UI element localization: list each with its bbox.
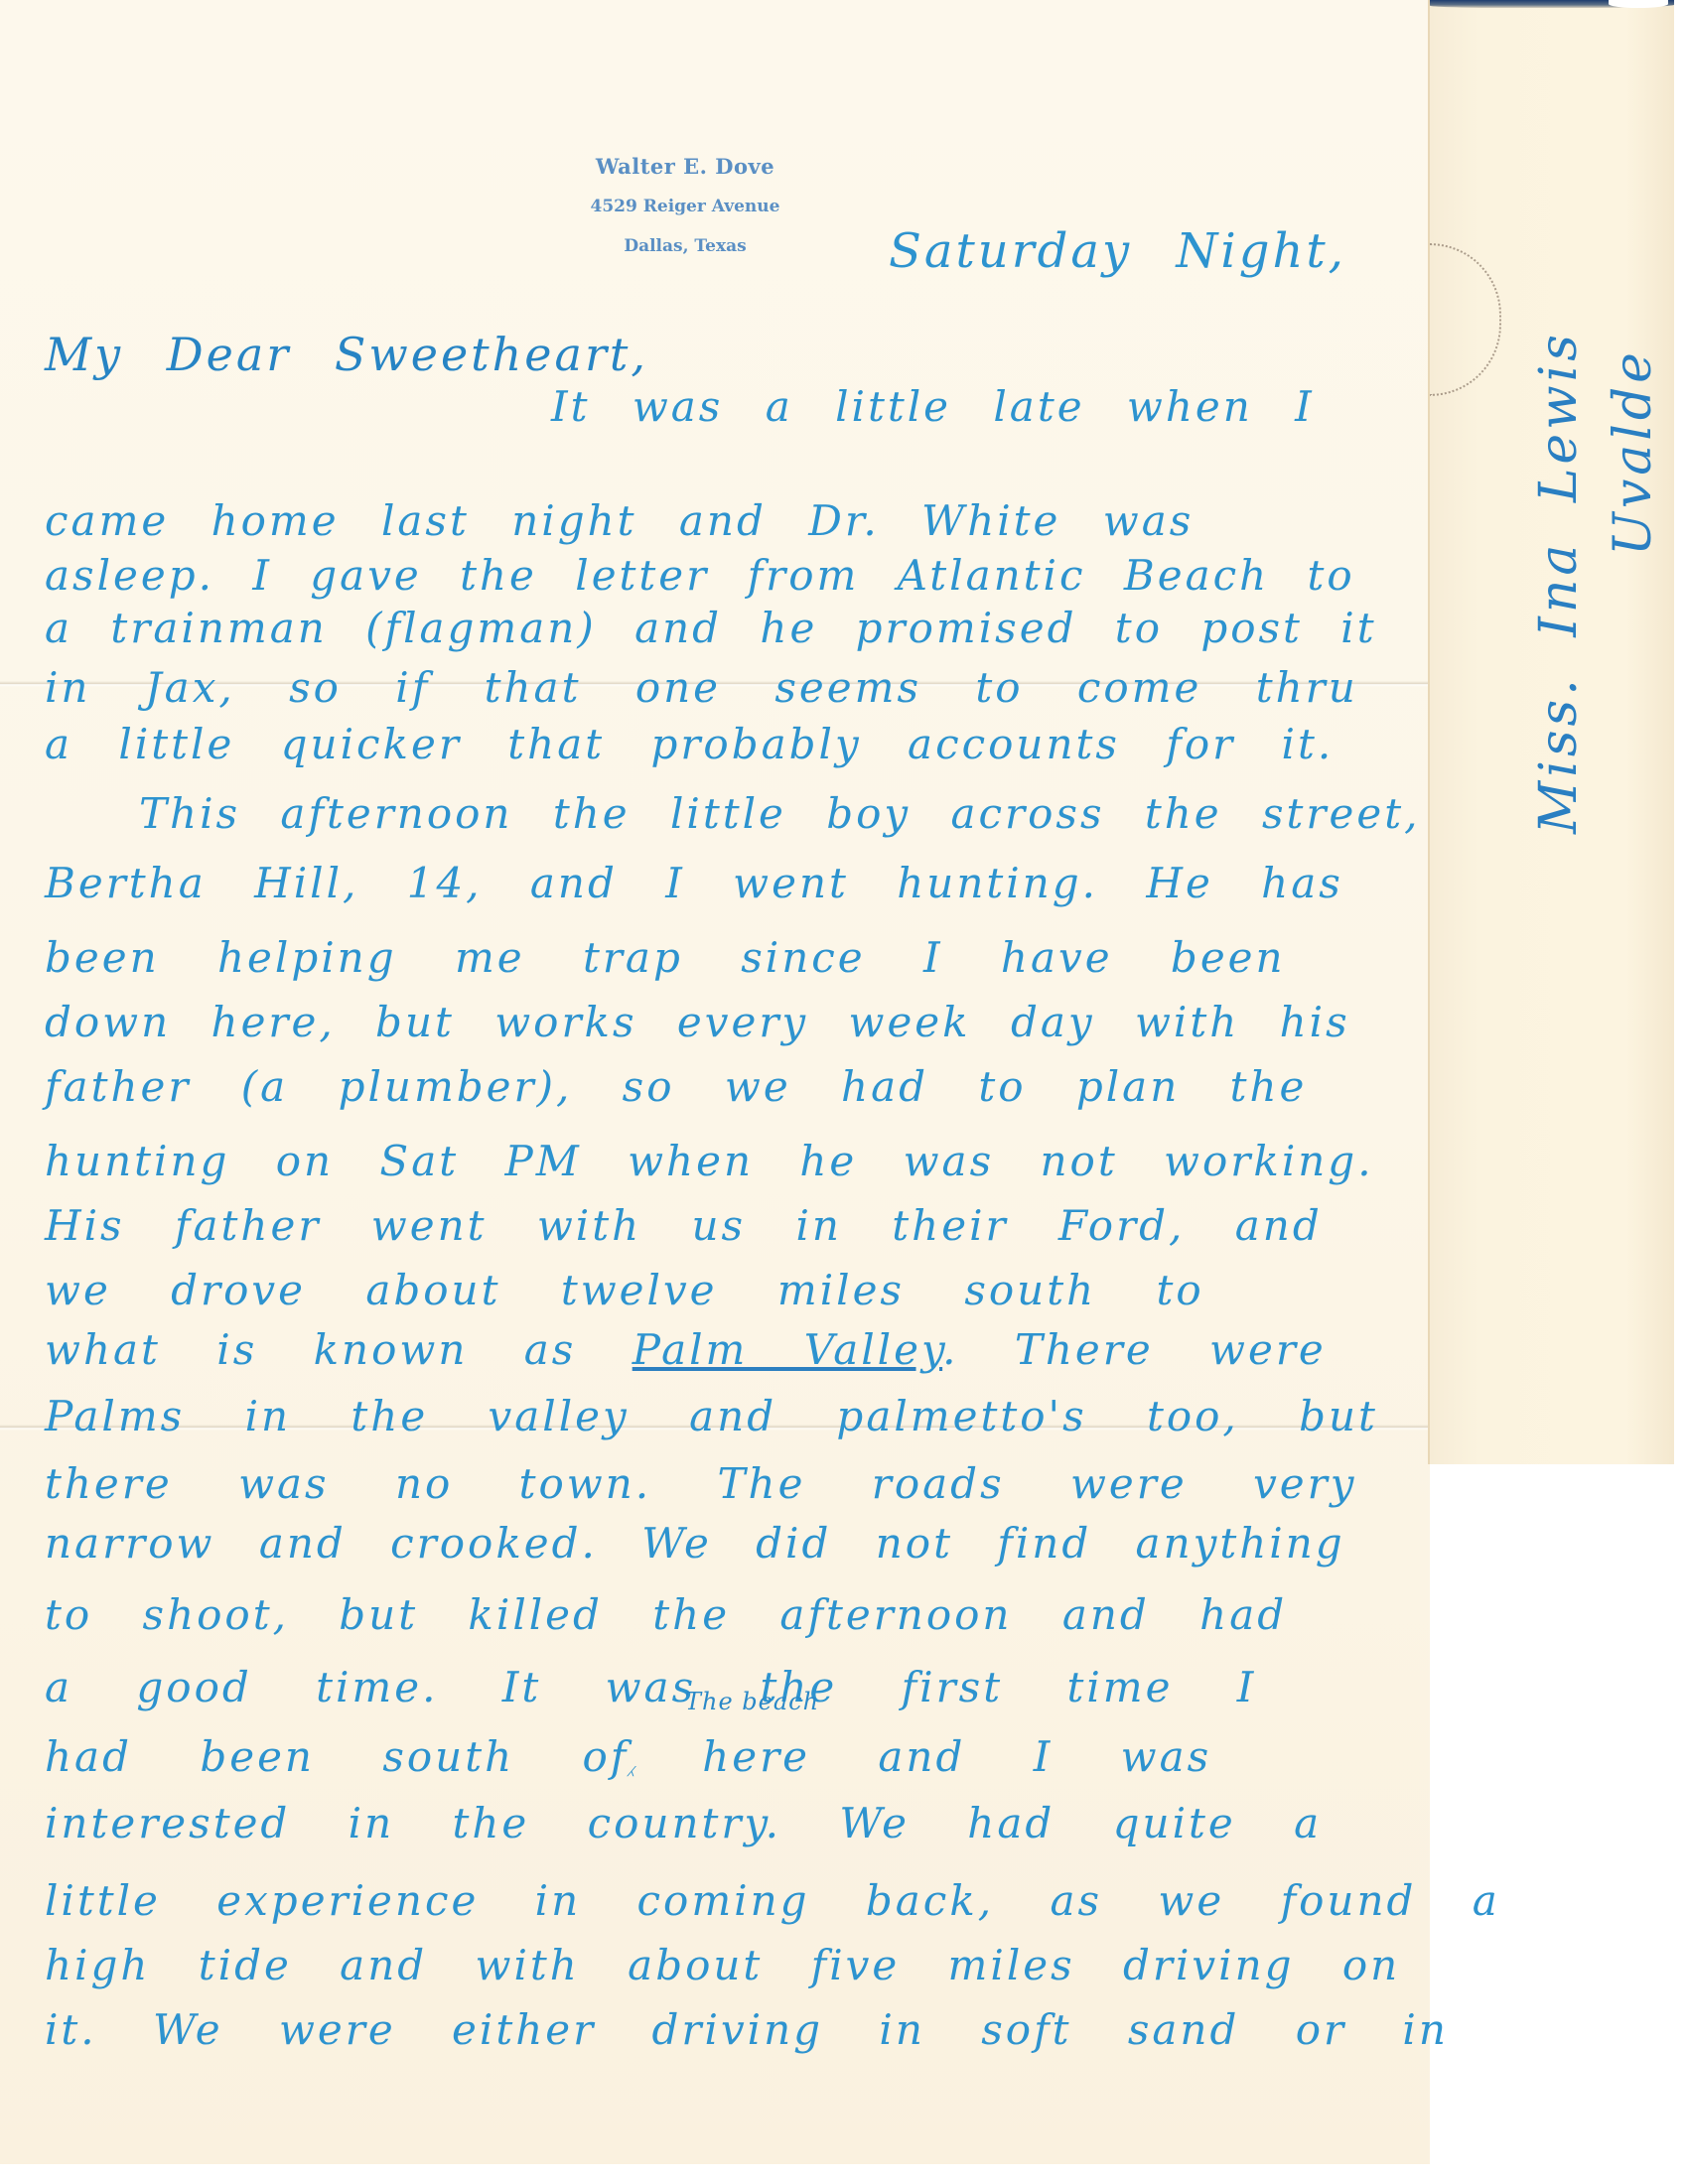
caret-mark: ⁁ (629, 1752, 634, 1777)
dateline: Saturday Night, (889, 223, 1346, 279)
body-line: a little quicker that probably accounts … (45, 720, 1334, 768)
body-line: narrow and crooked. We did not find anyt… (45, 1519, 1345, 1568)
body-line: asleep. I gave the letter from Atlantic … (45, 551, 1355, 600)
body-line: Bertha Hill, 14, and I went hunting. He … (45, 859, 1343, 907)
postmark-stamp (1430, 243, 1501, 396)
body-line: been helping me trap since I have been (45, 933, 1286, 982)
body-line: little experience in coming back, as we … (45, 1876, 1500, 1925)
background (0, 2164, 1688, 2184)
letterhead-street: 4529 Reiger Avenue (586, 187, 784, 226)
envelope: Miss. Ina Lewis Uvalde (1428, 0, 1674, 1464)
body-text: . There were (942, 1325, 1327, 1374)
letter-page: Walter E. Dove 4529 Reiger Avenue Dallas… (0, 0, 1430, 2164)
inserted-text: The beach (685, 1688, 819, 1715)
body-line: This afternoon the little boy across the… (139, 789, 1420, 838)
body-line: came home last night and Dr. White was (45, 496, 1194, 545)
body-line: His father went with us in their Ford, a… (45, 1201, 1323, 1250)
envelope-recipient: Miss. Ina Lewis (1529, 331, 1589, 834)
torn-edge-gap (1609, 0, 1668, 8)
body-line: there was no town. The roads were very (45, 1459, 1356, 1508)
letterhead: Walter E. Dove 4529 Reiger Avenue Dallas… (586, 147, 784, 266)
body-line: a good time. It was the first time I (45, 1663, 1256, 1711)
body-line: high tide and with about five miles driv… (45, 1941, 1400, 1989)
body-line: down here, but works every week day with… (45, 998, 1350, 1046)
body-line: we drove about twelve miles south to (45, 1266, 1204, 1314)
body-line: father (a plumber), so we had to plan th… (45, 1062, 1307, 1111)
salutation: My Dear Sweetheart, (45, 328, 648, 381)
envelope-city: Uvalde (1604, 348, 1663, 556)
body-text: here and I was (702, 1732, 1211, 1781)
body-line: a trainman (flagman) and he promised to … (45, 604, 1377, 652)
letterhead-name: Walter E. Dove (586, 147, 784, 187)
place-name-palm-valley: Palm Valley (633, 1325, 942, 1374)
body-line: it. We were either driving in soft sand … (45, 2005, 1449, 2054)
body-line: Palms in the valley and palmetto's too, … (45, 1392, 1378, 1440)
body-line: It was a little late when I (551, 382, 1315, 431)
body-text: what is known as (45, 1325, 576, 1374)
body-line: had been south of⁁ here and I was (45, 1732, 1211, 1781)
body-line: hunting on Sat PM when he was not workin… (45, 1137, 1374, 1185)
body-line: to shoot, but killed the afternoon and h… (45, 1590, 1287, 1639)
body-line: in Jax, so if that one seems to come thr… (45, 663, 1358, 712)
body-line: what is known as Palm Valley. There were (45, 1325, 1327, 1374)
body-line: interested in the country. We had quite … (45, 1799, 1322, 1847)
letterhead-city: Dallas, Texas (586, 226, 784, 266)
body-text: had been south of (45, 1732, 629, 1781)
